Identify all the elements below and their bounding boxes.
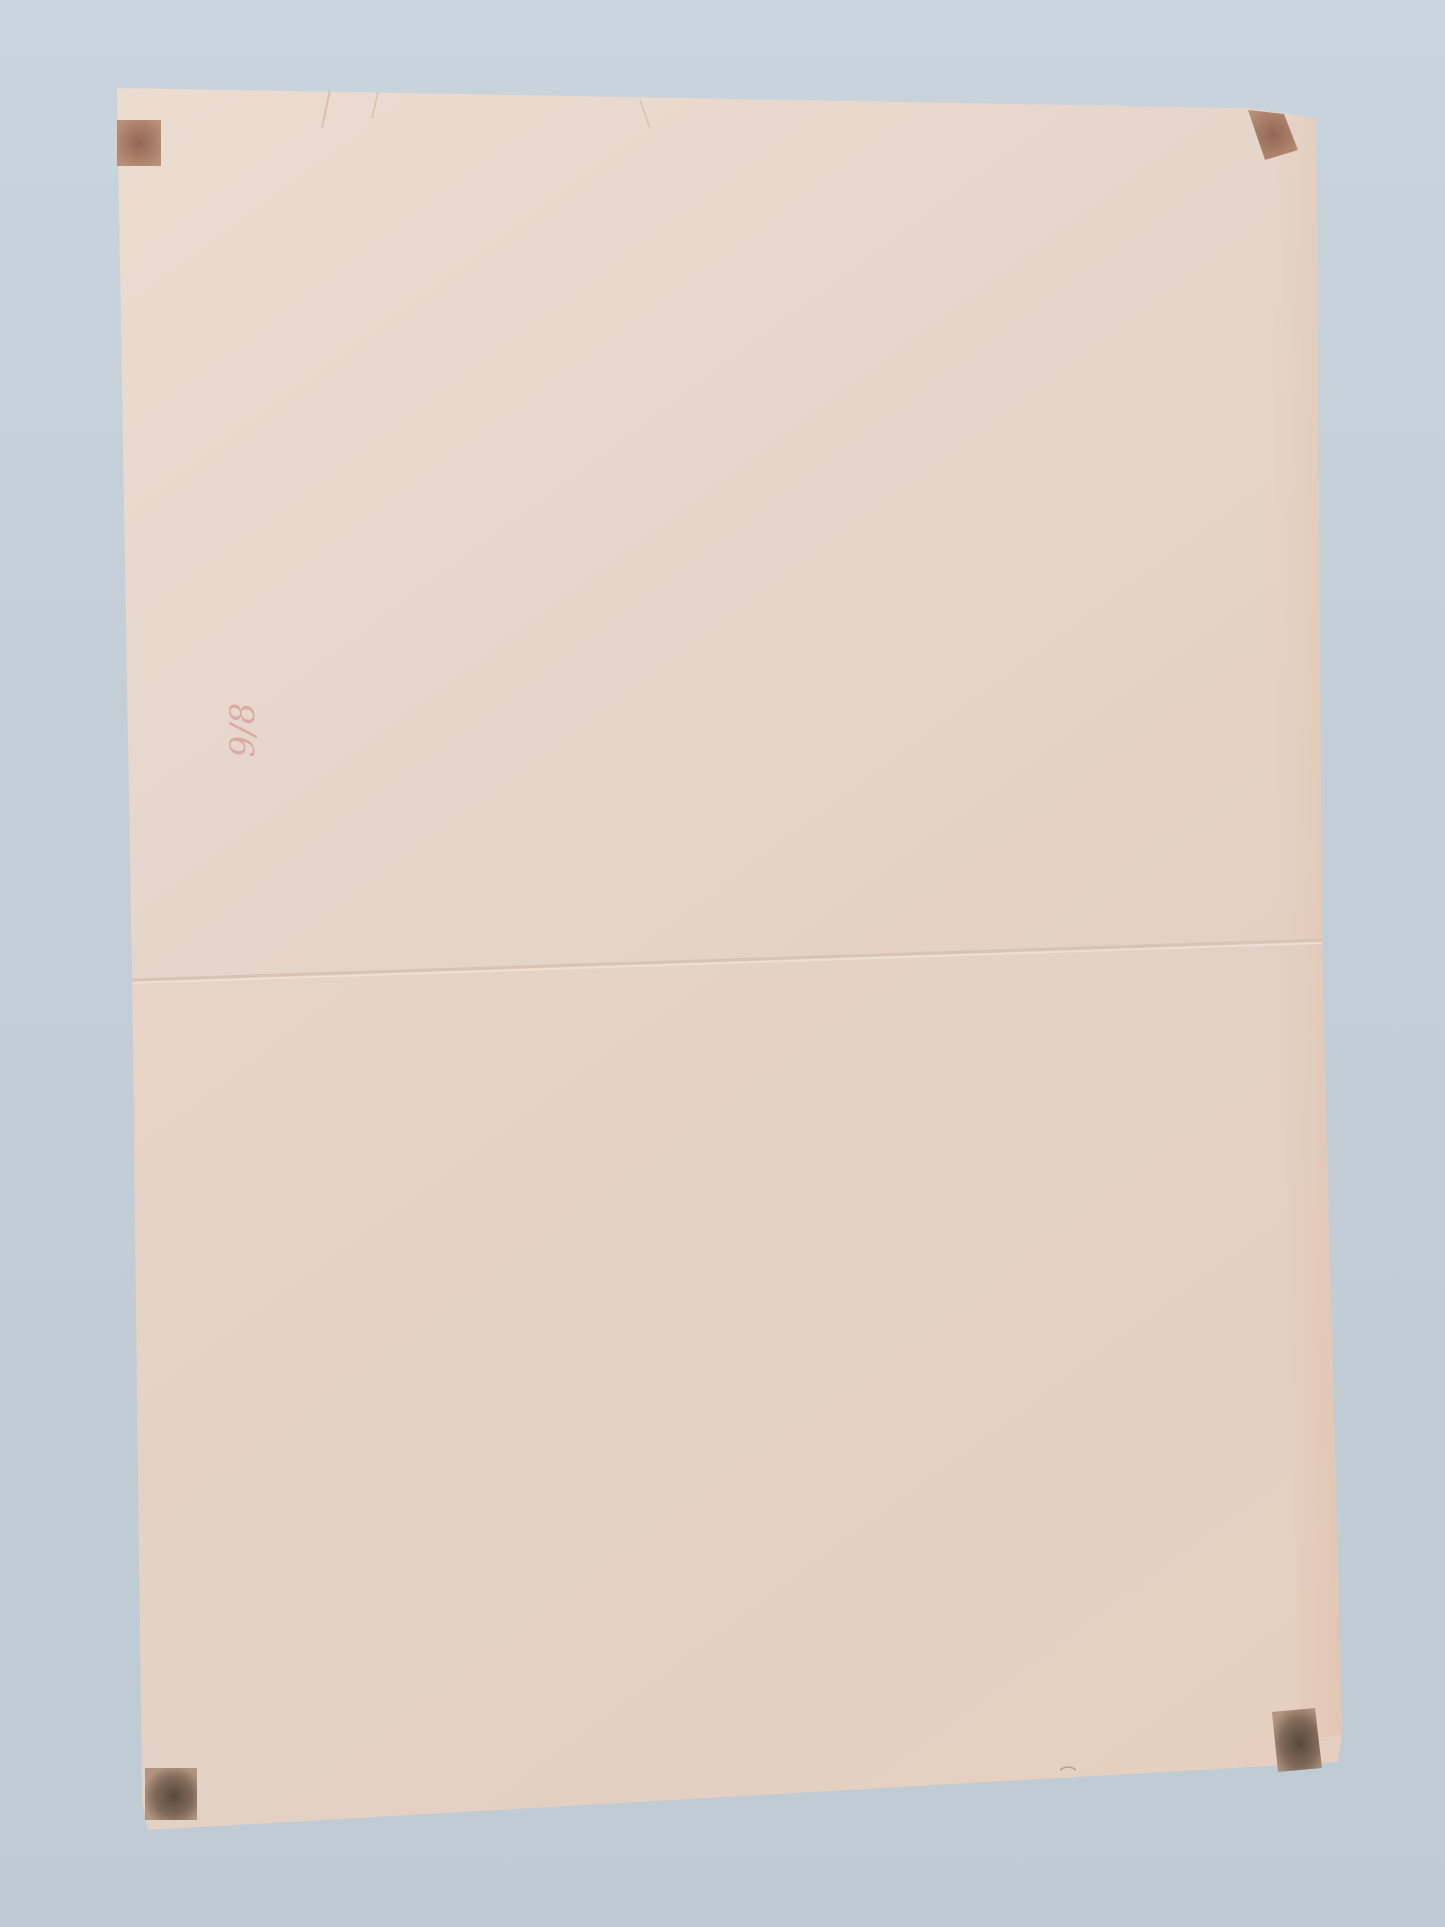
- paper-sheet: 9/8: [0, 0, 1445, 1927]
- paper-illustration: [0, 0, 1445, 1927]
- tape-bottom-right: [1272, 1708, 1322, 1772]
- tape-bottom-left: [145, 1768, 197, 1820]
- tape-top-left: [117, 120, 161, 166]
- paper-upper-half: [117, 88, 1322, 980]
- paper-lower-half: [132, 940, 1342, 1830]
- handwritten-mark: 9/8: [203, 695, 283, 765]
- photo-scene: 9/8: [0, 0, 1445, 1927]
